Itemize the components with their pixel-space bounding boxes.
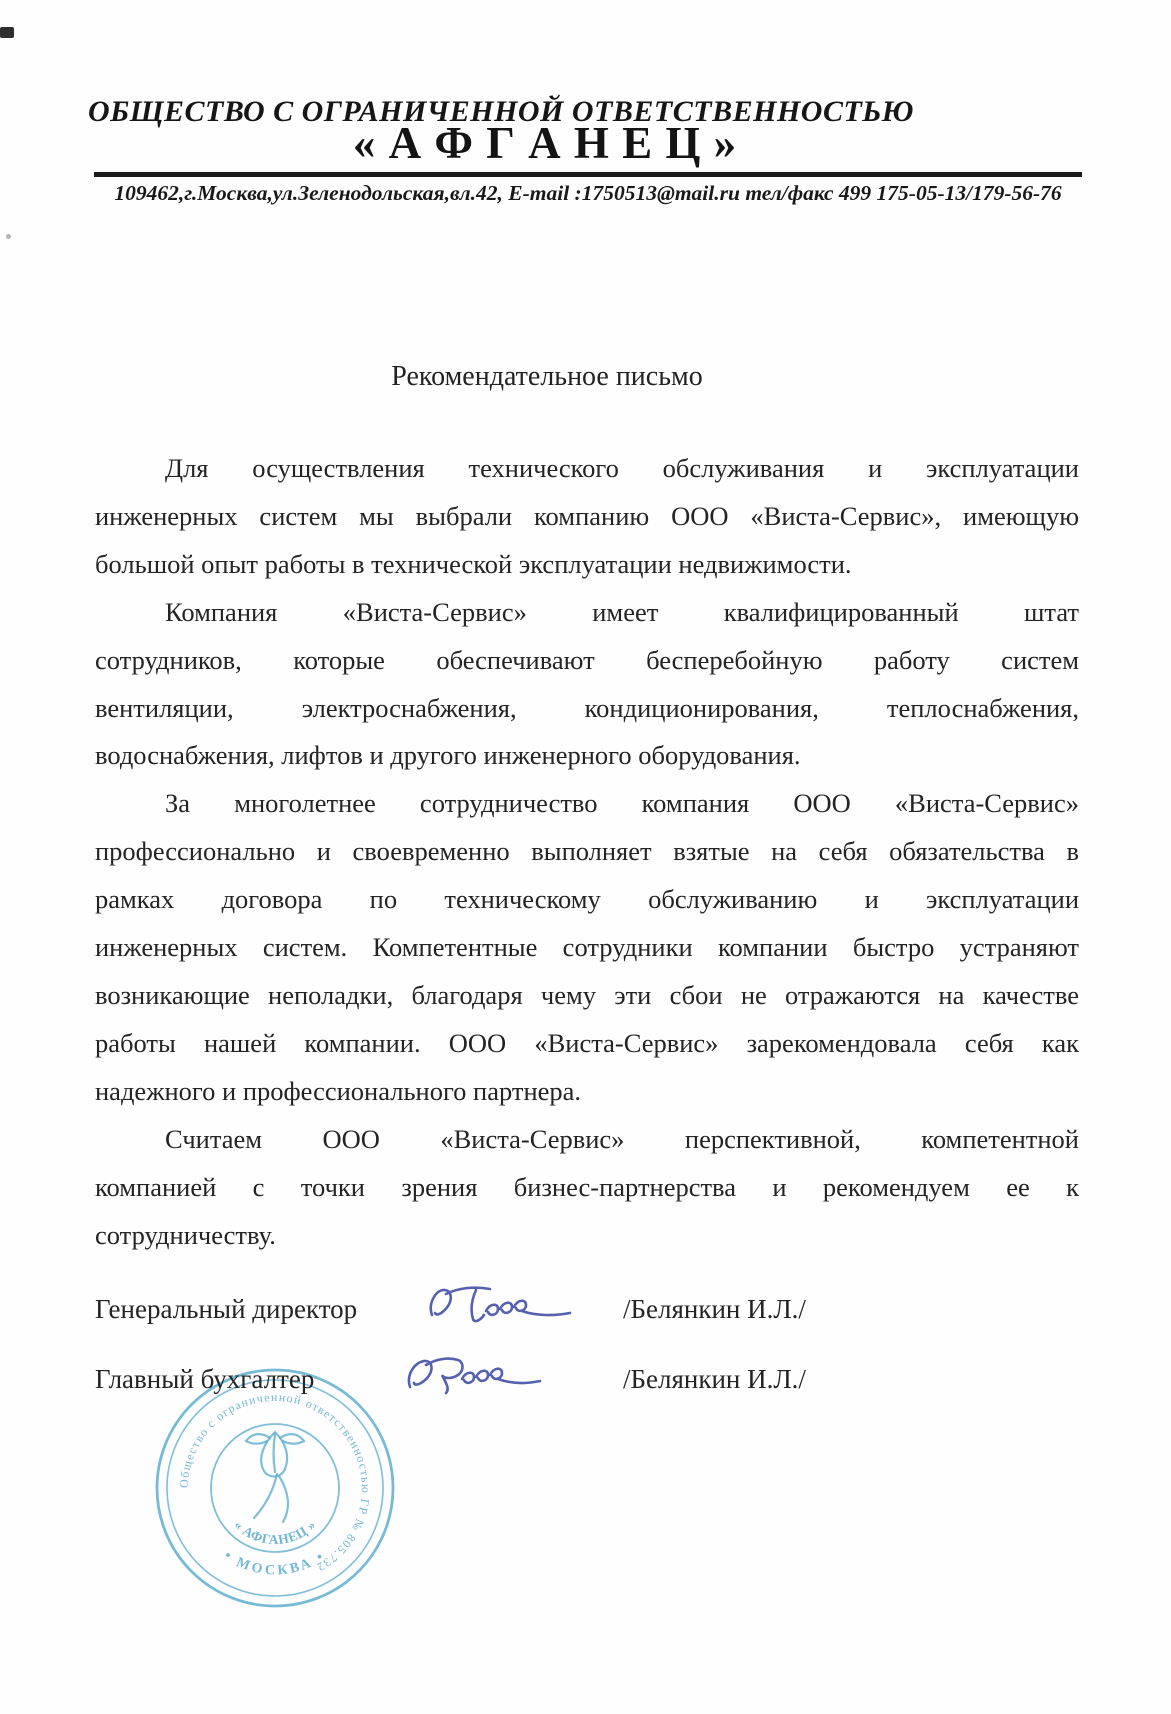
letter-line: инженерных систем мы выбрали компанию ОО… [95, 493, 1079, 541]
tulip-emblem-icon [246, 1432, 304, 1522]
letterhead-contact-line: 109462,г.Москва,ул.Зеленодольская,вл.42,… [94, 178, 1082, 208]
letter-line: надежного и профессионального партнера. [95, 1068, 1079, 1116]
paragraph: Считаем ООО «Виста-Сервис» перспективной… [95, 1116, 1079, 1260]
scan-speck [6, 234, 11, 239]
letterhead-divider [94, 172, 1082, 177]
letterhead-org-name: « А Ф Г А Н Е Ц » [0, 118, 1090, 168]
letter-body: Для осуществления технического обслужива… [95, 445, 1079, 1259]
signature-role-accountant: Главный бухгалтер [95, 1362, 314, 1396]
letter-line: возникающие неполадки, благодаря чему эт… [95, 972, 1079, 1020]
paragraph: Компания «Виста-Сервис» имеет квалифицир… [95, 589, 1079, 781]
scanned-letter-page: ОБЩЕСТВО С ОГРАНИЧЕННОЙ ОТВЕТСТВЕННОСТЬЮ… [0, 0, 1171, 1714]
signature-name-accountant: /Белянкин И.Л./ [623, 1362, 806, 1396]
scan-speck [0, 27, 14, 38]
letter-line: компанией с точки зрения бизнес-партнерс… [95, 1164, 1079, 1212]
signature-role-director: Генеральный директор [95, 1292, 357, 1326]
paragraph: Для осуществления технического обслужива… [95, 445, 1079, 589]
letter-line: сотрудничеству. [95, 1212, 1079, 1260]
letter-line: водоснабжения, лифтов и другого инженерн… [95, 732, 1079, 780]
letter-line: Компания «Виста-Сервис» имеет квалифицир… [95, 589, 1079, 637]
stamp-company-name: « АФГАНЕЦ » [231, 1517, 318, 1547]
director-signature-ink [426, 1281, 578, 1335]
letter-line: Считаем ООО «Виста-Сервис» перспективной… [95, 1116, 1079, 1164]
letter-title: Рекомендательное письмо [0, 357, 1094, 397]
accountant-signature-ink [406, 1351, 558, 1405]
letter-line: Для осуществления технического обслужива… [95, 445, 1079, 493]
letter-line: инженерных систем. Компетентные сотрудни… [95, 924, 1079, 972]
letter-line: вентиляции, электроснабжения, кондициони… [95, 685, 1079, 733]
letter-line: рамках договора по техническому обслужив… [95, 876, 1079, 924]
letter-line: сотрудников, которые обеспечивают беспер… [95, 637, 1079, 685]
paragraph: За многолетнее сотрудничество компания О… [95, 780, 1079, 1115]
signature-name-director: /Белянкин И.Л./ [623, 1292, 806, 1326]
svg-text:« АФГАНЕЦ »: « АФГАНЕЦ » [231, 1517, 318, 1547]
letter-line: работы нашей компании. ООО «Виста-Сервис… [95, 1020, 1079, 1068]
letter-line: За многолетнее сотрудничество компания О… [95, 780, 1079, 828]
letter-line: большой опыт работы в технической эксплу… [95, 541, 1079, 589]
company-round-stamp: Общество с ограниченной ответственностью… [153, 1366, 397, 1610]
letter-line: профессионально и своевременно выполняет… [95, 828, 1079, 876]
